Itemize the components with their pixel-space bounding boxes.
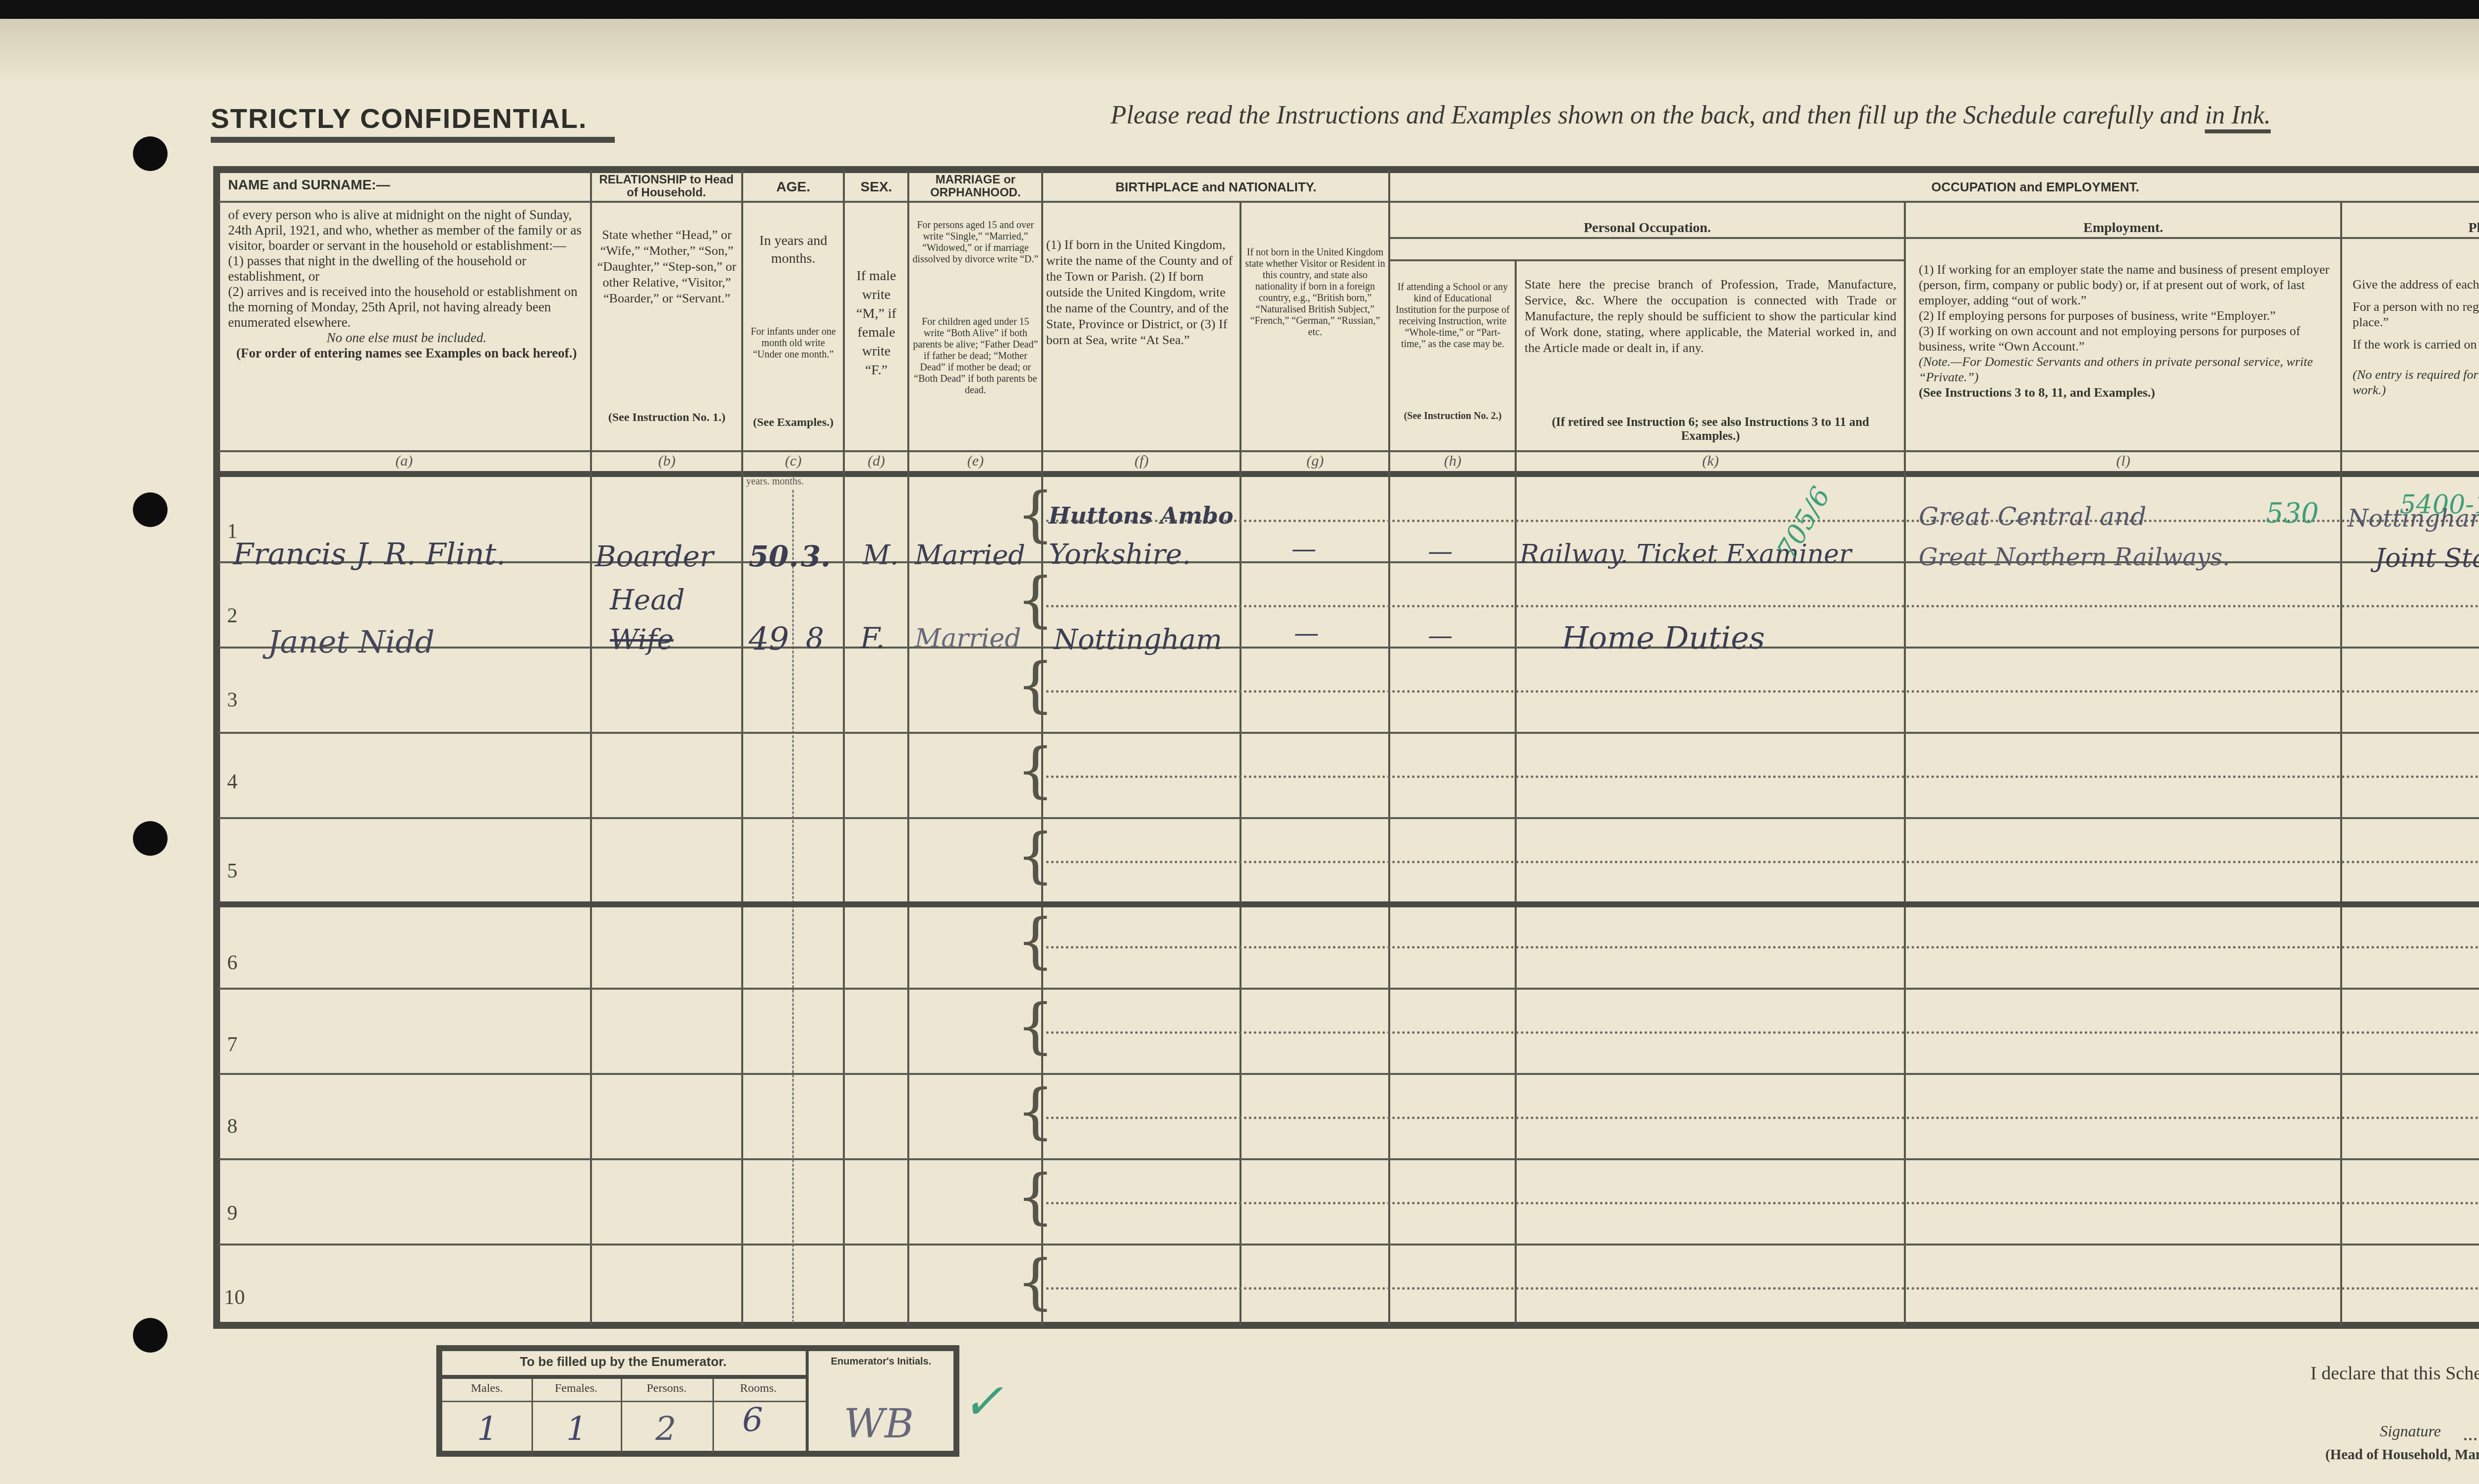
instruction-line: Please read the Instructions and Example… — [1111, 101, 2271, 130]
signature-label: Signature — [2380, 1422, 2441, 1440]
punch-hole — [133, 136, 168, 171]
males-count: 1 — [477, 1410, 498, 1448]
row-number: 3 — [227, 688, 237, 712]
row1-place-1: Nottingham Victoria — [2348, 505, 2479, 533]
signature-line — [2464, 1438, 2479, 1440]
row-number: 9 — [227, 1201, 237, 1225]
signature-caption: (Head of Household, Manager of Establish… — [2325, 1447, 2479, 1463]
row-number: 2 — [227, 604, 237, 628]
row2-age-years: 49 — [749, 621, 789, 658]
header-relationship: RELATIONSHIP to Head of Household. — [592, 174, 740, 199]
row1-sex: M. — [863, 539, 898, 571]
row1-marriage: Married — [915, 539, 1025, 571]
header-name: NAME and SURNAME:— — [228, 177, 585, 193]
declaration-text: I declare that this Schedule is correctl… — [2310, 1363, 2479, 1384]
row1-school: — — [1428, 537, 1453, 566]
header-marriage: MARRIAGE or ORPHANHOOD. — [910, 174, 1041, 199]
header-occupation: OCCUPATION and EMPLOYMENT. — [1391, 178, 2479, 195]
row1-age-years: 50. — [749, 539, 799, 573]
rooms-count: 6 — [742, 1401, 763, 1439]
row1-place-2: Joint Station. — [2375, 543, 2479, 573]
row-number: 7 — [227, 1033, 237, 1057]
row1-name: Francis J. R. Flint. — [233, 537, 506, 572]
header-name-body: of every person who is alive at midnight… — [228, 207, 585, 361]
header-employment: Employment. — [1906, 220, 2340, 237]
row1-birthplace-1: Huttons Ambo — [1049, 502, 1234, 529]
row2-age-months: 8 — [806, 621, 824, 655]
row-number: 10 — [224, 1286, 245, 1309]
row2-occupation: Home Duties — [1562, 620, 1765, 656]
header-birthplace: BIRTHPLACE and NATIONALITY. — [1044, 178, 1388, 195]
row2-nationality: — — [1294, 619, 1319, 648]
persons-count: 2 — [655, 1410, 676, 1448]
row-number: 4 — [227, 770, 237, 794]
row1-employer-2: Great Northern Railways. — [1919, 543, 2230, 571]
row-number: 8 — [227, 1115, 237, 1138]
row2-relationship-top: Head — [610, 584, 685, 616]
census-schedule-page: STRICTLY CONFIDENTIAL. Please read the I… — [0, 19, 2479, 1484]
row-number: 6 — [227, 951, 237, 975]
punch-hole — [133, 821, 168, 856]
row2-birthplace: Nottingham — [1054, 624, 1222, 656]
row1-employer-code: 530 — [2266, 497, 2319, 530]
row1-employer-1: Great Central and — [1919, 502, 2146, 531]
row1-relationship: Boarder — [595, 539, 713, 573]
green-check: ✓ — [962, 1372, 1003, 1430]
row2-marriage: Married — [915, 624, 1021, 653]
enumerator-initials: WB — [844, 1401, 914, 1447]
enumerator-totals-box: To be filled up by the Enumerator. Enume… — [436, 1345, 959, 1457]
title-underline — [211, 137, 615, 143]
row1-birthplace-2: Yorkshire. — [1049, 538, 1191, 571]
row2-sex: F. — [860, 621, 885, 655]
row2-relationship-bottom: Wife — [610, 624, 673, 656]
confidential-title: STRICTLY CONFIDENTIAL. — [211, 102, 588, 134]
row-number: 5 — [227, 859, 237, 883]
punch-hole — [133, 492, 168, 527]
row2-name: Janet Nidd — [268, 624, 435, 660]
header-age: AGE. — [744, 178, 843, 195]
punch-hole — [133, 1318, 168, 1353]
row2-school: — — [1428, 621, 1453, 650]
header-place-of-work: Place of Work. — [2343, 220, 2479, 237]
header-sex: SEX. — [845, 178, 907, 195]
females-count: 1 — [566, 1410, 587, 1448]
row1-age-months: 3. — [801, 539, 831, 573]
row1-nationality: — — [1292, 534, 1316, 563]
